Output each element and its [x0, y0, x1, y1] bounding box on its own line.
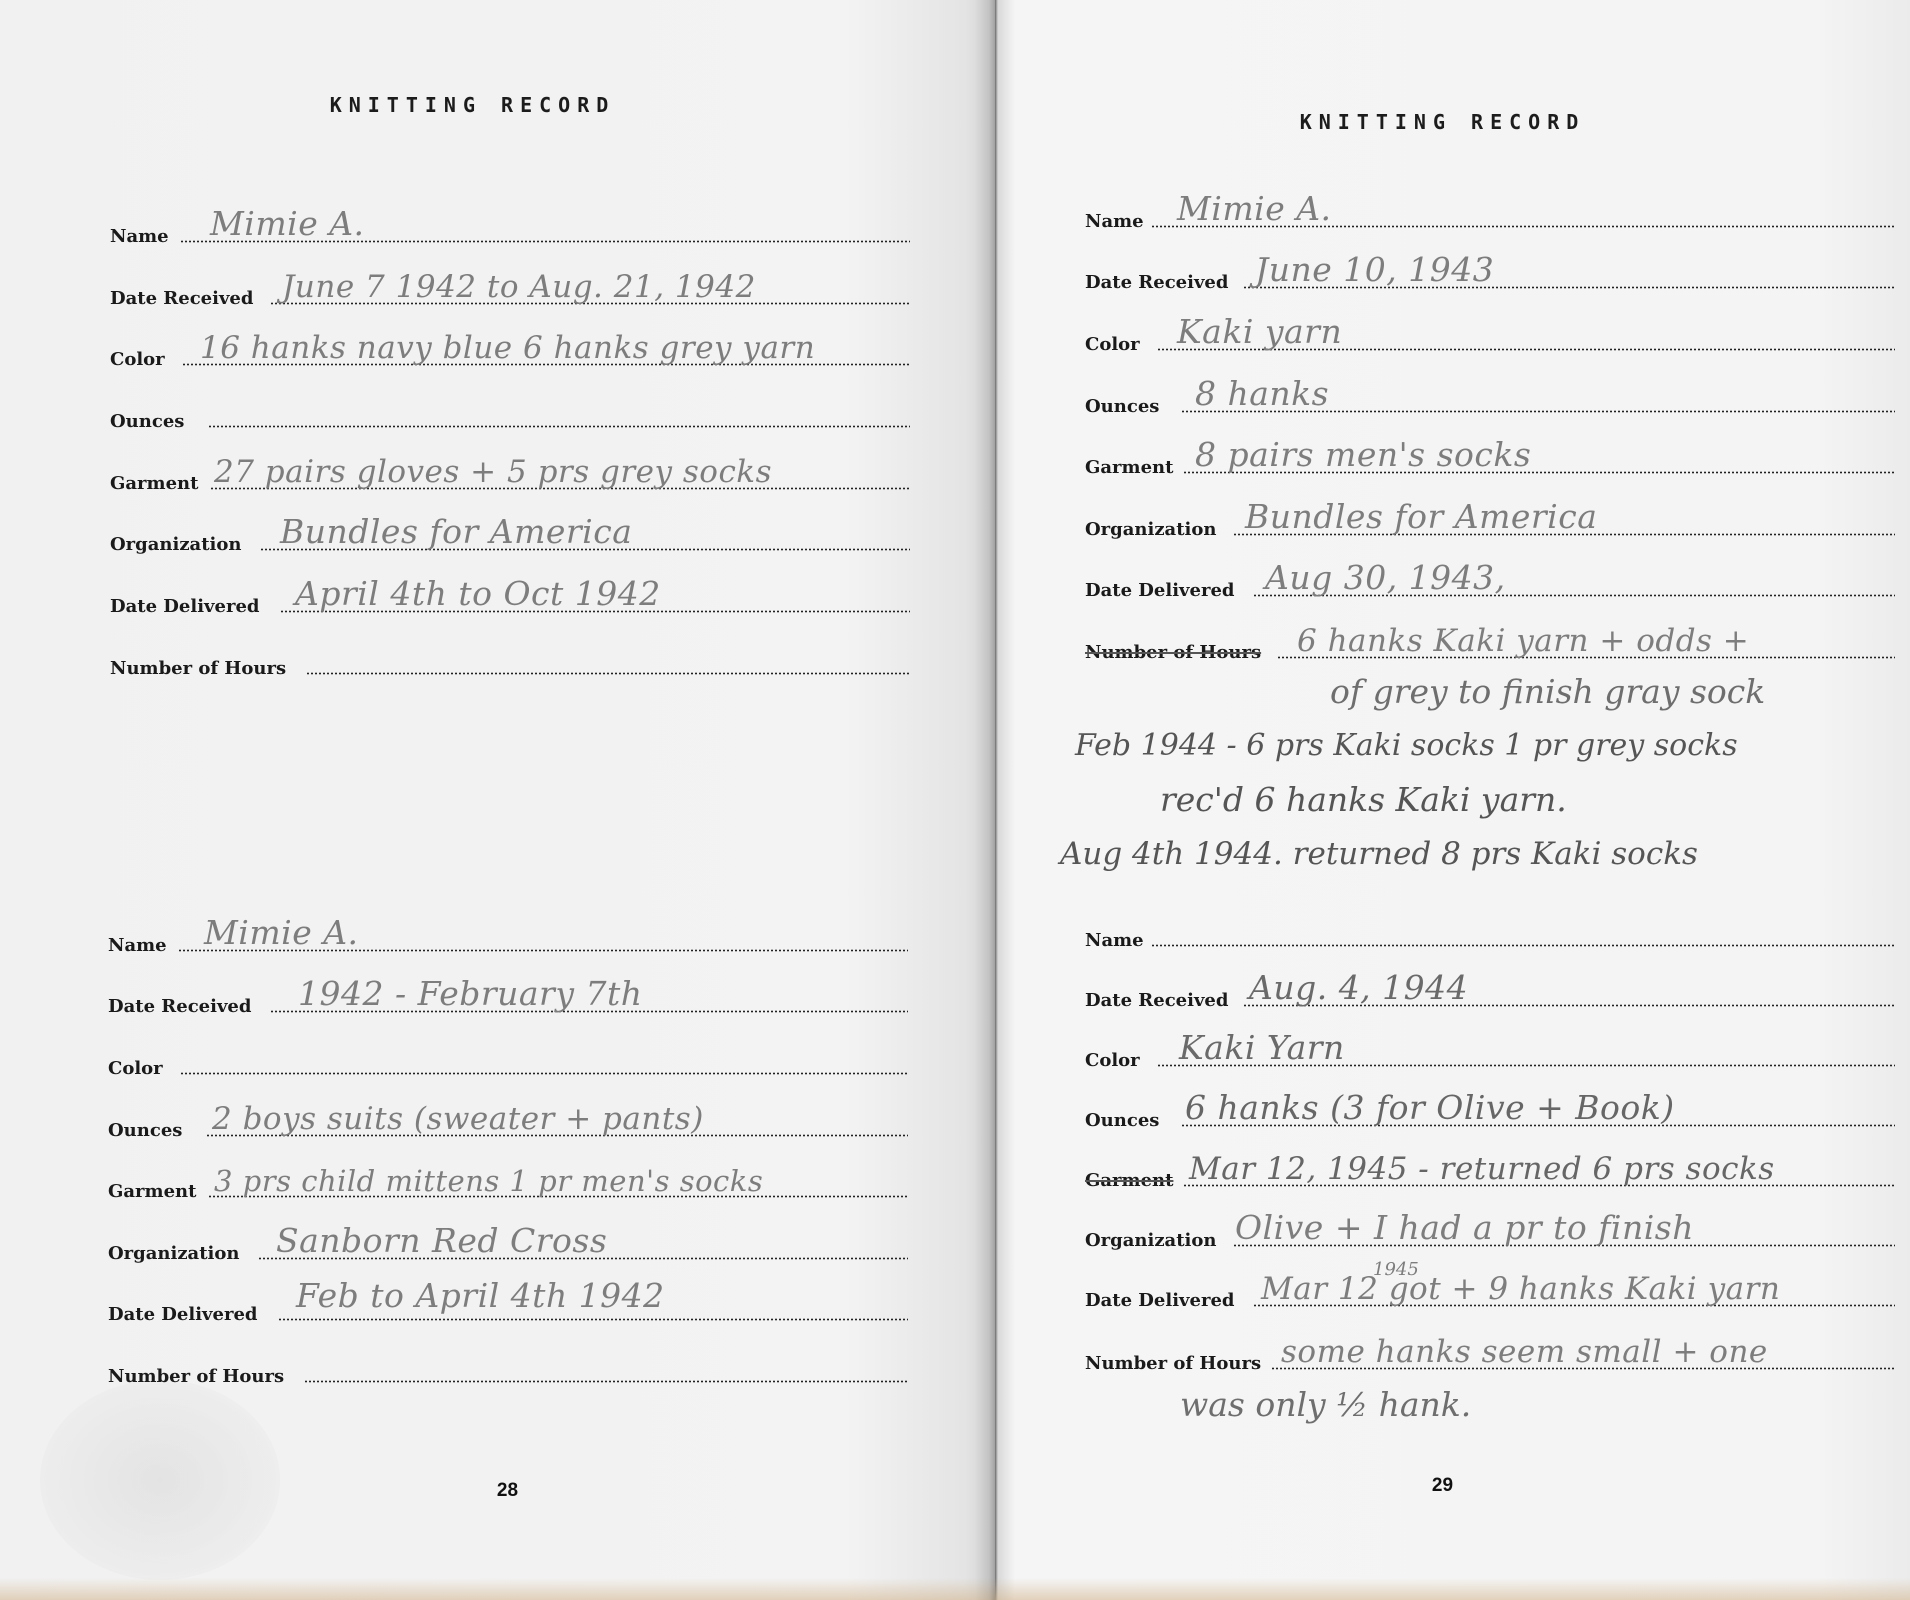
field-label: Date Received: [110, 288, 253, 309]
handwritten-value: some hanks seem small + one: [1281, 1334, 1768, 1370]
handwritten-value: Mimie A.: [210, 204, 365, 243]
color-field[interactable]: Color 16 hanks navy blue 6 hanks grey ya…: [110, 332, 910, 372]
handwritten-note: was only ½ hank.: [1180, 1385, 1471, 1424]
number-of-hours-field[interactable]: Number of Hours: [108, 1349, 908, 1389]
field-label: Date Delivered: [1085, 1290, 1234, 1311]
dotted-line: [208, 425, 910, 428]
handwritten-value: Mimie A.: [1177, 189, 1332, 228]
dotted-line: [306, 672, 910, 675]
ounces-field[interactable]: Ounces 2 boys suits (sweater + pants): [108, 1103, 908, 1143]
handwritten-value: June 7 1942 to Aug. 21, 1942: [282, 269, 756, 305]
field-label: Color: [108, 1058, 163, 1079]
page-stain: [995, 1578, 1910, 1600]
handwritten-value: Mimie A.: [204, 913, 359, 952]
field-label: Garment: [1085, 457, 1173, 478]
handwritten-value: June 10, 1943: [1255, 250, 1494, 289]
book-spine: [975, 0, 995, 1600]
field-label: Organization: [1085, 1230, 1216, 1251]
dotted-line: [180, 1072, 908, 1075]
date-delivered-field[interactable]: Date Delivered Feb to April 4th 1942: [108, 1287, 908, 1327]
field-label: Color: [1085, 334, 1140, 355]
field-label: Garment: [110, 473, 198, 494]
date-delivered-field[interactable]: Date Delivered April 4th to Oct 1942: [110, 579, 910, 619]
handwritten-value: 1942 - February 7th: [298, 974, 642, 1013]
handwritten-superscript: 1945: [1373, 1259, 1419, 1280]
handwritten-value: 3 prs child mittens 1 pr men's socks: [214, 1164, 763, 1198]
field-label: Date Delivered: [1085, 580, 1234, 601]
color-field[interactable]: Color: [108, 1041, 908, 1081]
garment-field[interactable]: Garment 3 prs child mittens 1 pr men's s…: [108, 1164, 908, 1204]
field-label: Number of Hours: [1085, 1353, 1261, 1374]
garment-field[interactable]: Garment 8 pairs men's socks: [1085, 440, 1895, 480]
field-label: Garment: [108, 1181, 196, 1202]
name-field[interactable]: Name: [1085, 913, 1895, 953]
organization-field[interactable]: Organization Sanborn Red Cross: [108, 1226, 908, 1266]
handwritten-value: 6 hanks Kaki yarn + odds +: [1297, 623, 1749, 659]
handwritten-value: 6 hanks (3 for Olive + Book): [1185, 1088, 1675, 1127]
page-heading: KNITTING RECORD: [995, 110, 1900, 134]
organization-field[interactable]: Organization Bundles for America: [110, 517, 910, 557]
handwritten-value: Mar 12 got + 9 hanks Kaki yarn: [1261, 1271, 1780, 1307]
field-label: Garment: [1085, 1170, 1173, 1191]
field-label: Date Received: [1085, 990, 1228, 1011]
right-page: KNITTING RECORD Name Mimie A. Date Recei…: [995, 0, 1910, 1600]
handwritten-value: Sanborn Red Cross: [276, 1221, 607, 1260]
dotted-line: [304, 1380, 908, 1383]
handwritten-value: 8 hanks: [1195, 374, 1329, 413]
field-label: Ounces: [108, 1120, 182, 1141]
organization-field[interactable]: Organization Bundles for America: [1085, 502, 1895, 542]
field-label: Organization: [108, 1243, 239, 1264]
field-label: Color: [110, 349, 165, 370]
color-field[interactable]: Color Kaki Yarn: [1085, 1033, 1895, 1073]
handwritten-value: April 4th to Oct 1942: [295, 574, 661, 613]
handwritten-value: Kaki Yarn: [1179, 1028, 1345, 1067]
field-label: Name: [1085, 930, 1144, 951]
left-page: KNITTING RECORD Name Mimie A. Date Recei…: [0, 0, 995, 1600]
field-label: Number of Hours: [1085, 642, 1261, 663]
field-label: Date Received: [1085, 272, 1228, 293]
number-of-hours-field[interactable]: Number of Hours: [110, 641, 910, 681]
handwritten-value: Mar 12, 1945 - returned 6 prs socks: [1189, 1151, 1775, 1187]
field-label: Name: [108, 935, 167, 956]
field-label: Date Delivered: [110, 596, 259, 617]
ounces-field[interactable]: Ounces 6 hanks (3 for Olive + Book): [1085, 1093, 1895, 1133]
color-field[interactable]: Color Kaki yarn: [1085, 317, 1895, 357]
date-delivered-field[interactable]: Date Delivered Mar 12 got + 9 hanks Kaki…: [1085, 1273, 1910, 1313]
field-label: Ounces: [110, 411, 184, 432]
organization-field[interactable]: Organization Olive + I had a pr to finis…: [1085, 1213, 1895, 1253]
page-stain: [0, 1578, 995, 1600]
page-heading: KNITTING RECORD: [0, 93, 970, 117]
page-number: 28: [10, 1480, 995, 1502]
handwritten-value: 8 pairs men's socks: [1195, 435, 1531, 474]
field-label: Date Delivered: [108, 1304, 257, 1325]
dotted-line: [278, 1318, 908, 1321]
number-of-hours-field[interactable]: Number of Hours some hanks seem small + …: [1085, 1336, 1910, 1376]
number-of-hours-field[interactable]: Number of Hours 6 hanks Kaki yarn + odds…: [1085, 625, 1910, 665]
ounces-field[interactable]: Ounces 8 hanks: [1085, 379, 1895, 419]
handwritten-value: Bundles for America: [280, 512, 632, 551]
name-field[interactable]: Name Mimie A.: [110, 209, 910, 249]
field-label: Organization: [1085, 519, 1216, 540]
field-label: Ounces: [1085, 396, 1159, 417]
handwritten-value: Feb to April 4th 1942: [296, 1276, 665, 1315]
garment-field[interactable]: Garment Mar 12, 1945 - returned 6 prs so…: [1085, 1153, 1910, 1193]
date-received-field[interactable]: Date Received 1942 - February 7th: [108, 979, 908, 1019]
date-received-field[interactable]: Date Received June 10, 1943: [1085, 255, 1895, 295]
date-delivered-field[interactable]: Date Delivered Aug 30, 1943,: [1085, 563, 1895, 603]
field-label: Name: [1085, 211, 1144, 232]
handwritten-value: 2 boys suits (sweater + pants): [212, 1101, 704, 1137]
page-number: 29: [995, 1475, 1900, 1497]
field-label: Color: [1085, 1050, 1140, 1071]
field-label: Number of Hours: [110, 658, 286, 679]
field-label: Name: [110, 226, 169, 247]
handwritten-note: Feb 1944 - 6 prs Kaki socks 1 pr grey so…: [1075, 728, 1738, 763]
handwritten-value: Aug 30, 1943,: [1265, 558, 1506, 597]
field-label: Date Received: [108, 996, 251, 1017]
ounces-field[interactable]: Ounces: [110, 394, 910, 434]
handwritten-note: Aug 4th 1944. returned 8 prs Kaki socks: [1060, 836, 1698, 872]
garment-field[interactable]: Garment 27 pairs gloves + 5 prs grey soc…: [110, 456, 910, 496]
handwritten-note: rec'd 6 hanks Kaki yarn.: [1160, 780, 1567, 819]
field-label: Ounces: [1085, 1110, 1159, 1131]
date-received-field[interactable]: Date Received June 7 1942 to Aug. 21, 19…: [110, 271, 910, 311]
handwritten-value: 16 hanks navy blue 6 hanks grey yarn: [200, 330, 815, 366]
handwritten-value: 27 pairs gloves + 5 prs grey socks: [214, 454, 772, 490]
handwritten-value: Olive + I had a pr to finish: [1235, 1208, 1694, 1247]
handwritten-value: Aug. 4, 1944: [1249, 968, 1468, 1007]
handwritten-value: Bundles for America: [1245, 497, 1597, 536]
date-received-field[interactable]: Date Received Aug. 4, 1944: [1085, 973, 1895, 1013]
name-field[interactable]: Name Mimie A.: [1085, 194, 1895, 234]
field-label: Number of Hours: [108, 1366, 284, 1387]
handwritten-note: of grey to finish gray sock: [1330, 672, 1765, 711]
handwritten-value: Kaki yarn: [1177, 312, 1342, 351]
name-field[interactable]: Name Mimie A.: [108, 918, 908, 958]
field-label: Organization: [110, 534, 241, 555]
dotted-line: [1151, 944, 1895, 947]
